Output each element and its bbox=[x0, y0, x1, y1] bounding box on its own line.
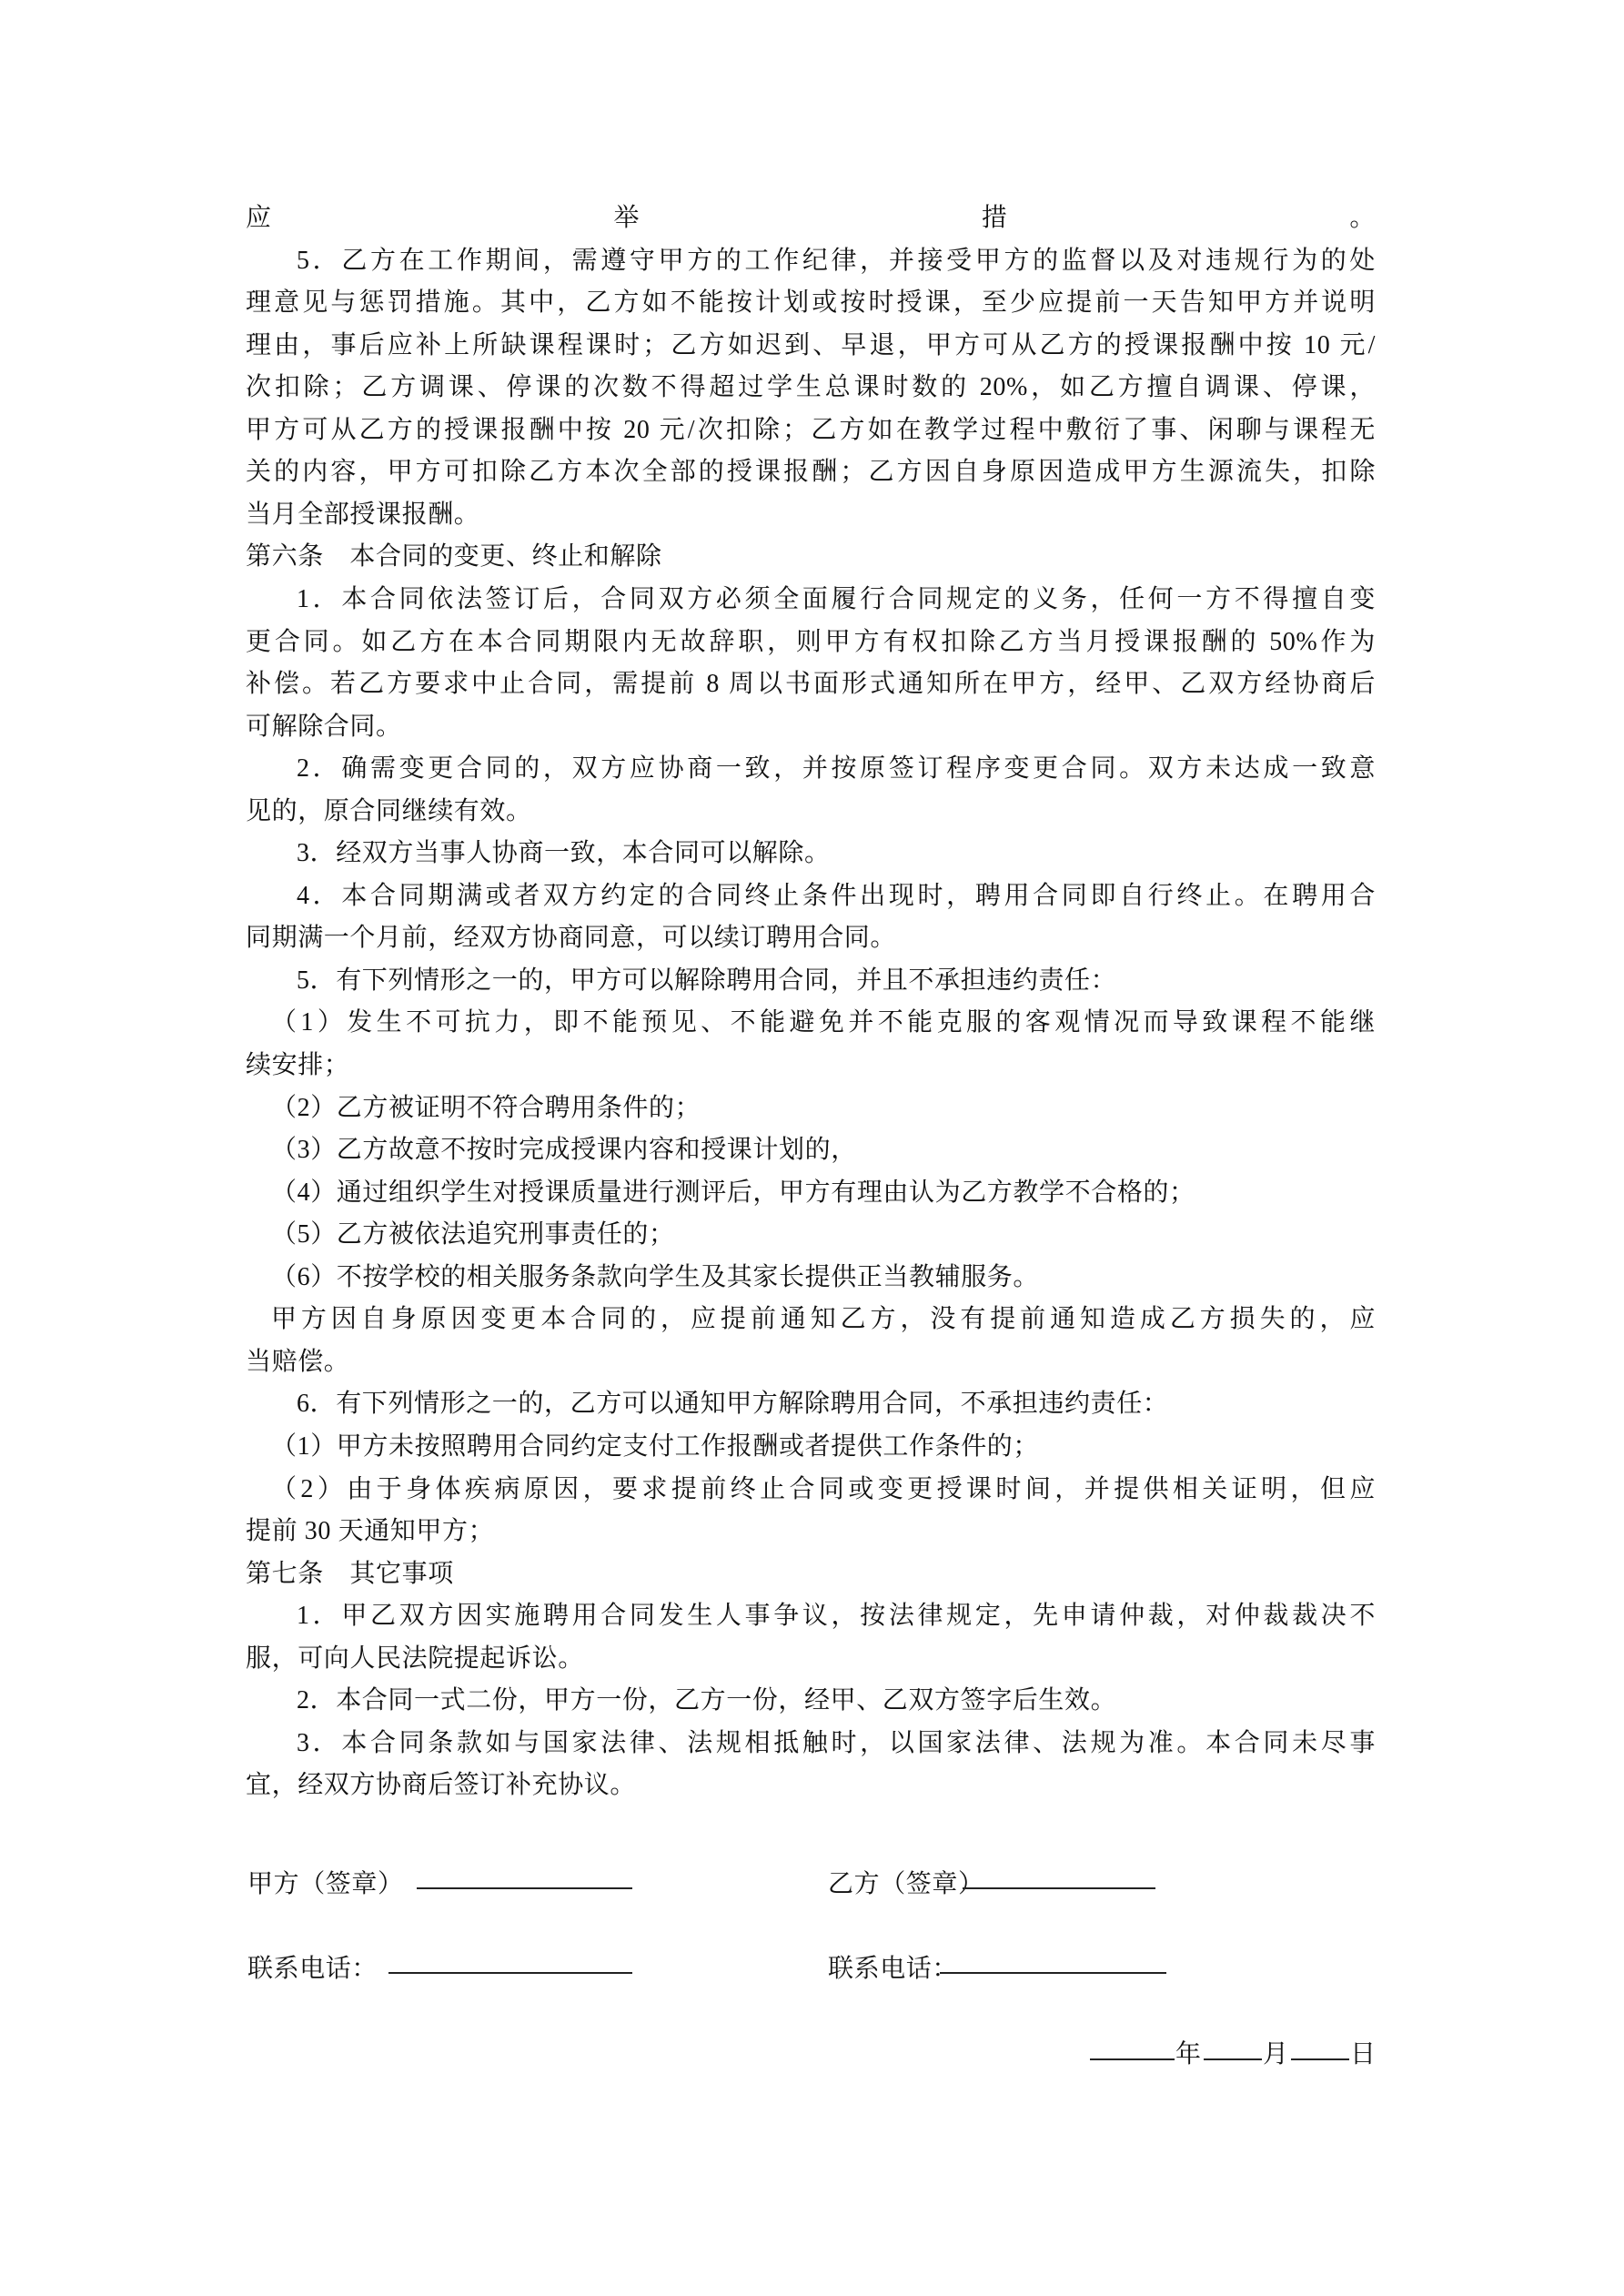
text-line: 同期满一个月前，经双方协商同意，可以续订聘用合同。 bbox=[246, 922, 1376, 955]
text-line: 宜，经双方协商后签订补充协议。 bbox=[246, 1769, 1376, 1802]
text-line: （3）乙方故意不按时完成授课内容和授课计划的， bbox=[246, 1134, 1376, 1167]
text-line: （6）不按学校的相关服务条款向学生及其家长提供正当教辅服务。 bbox=[246, 1261, 1376, 1294]
text-line: 补偿。若乙方要求中止合同，需提前 8 周以书面形式通知所在甲方，经甲、乙双方经协… bbox=[246, 668, 1376, 701]
date-year-label: 年 bbox=[1175, 2038, 1202, 2071]
text-line: 6．有下列情形之一的，乙方可以通知甲方解除聘用合同，不承担违约责任： bbox=[246, 1388, 1376, 1421]
party-b-phone-label: 联系电话： bbox=[828, 1953, 958, 1986]
text-line: （2）乙方被证明不符合聘用条件的； bbox=[246, 1092, 1376, 1125]
party-a-phone-label: 联系电话： bbox=[247, 1953, 378, 1986]
date-year-field[interactable] bbox=[1090, 2058, 1175, 2060]
text-line: 2．本合同一式二份，甲方一份，乙方一份，经甲、乙双方签字后生效。 bbox=[246, 1684, 1376, 1717]
text-line: 5．有下列情形之一的，甲方可以解除聘用合同，并且不承担违约责任： bbox=[246, 965, 1376, 997]
text-line: 5．乙方在工作期间，需遵守甲方的工作纪律，并接受甲方的监督以及对违规行为的处 bbox=[246, 245, 1376, 278]
section-heading: 第七条 其它事项 bbox=[246, 1558, 1376, 1591]
text-line: 4．本合同期满或者双方约定的合同终止条件出现时，聘用合同即自行终止。在聘用合 bbox=[246, 880, 1376, 913]
text-line: 3．本合同条款如与国家法律、法规相抵触时，以国家法律、法规为准。本合同未尽事 bbox=[246, 1727, 1376, 1760]
text-line: 1．本合同依法签订后，合同双方必须全面履行合同规定的义务，任何一方不得擅自变 bbox=[246, 583, 1376, 616]
text-line: 见的，原合同继续有效。 bbox=[246, 795, 1376, 828]
text-line: （5）乙方被依法追究刑事责任的； bbox=[246, 1219, 1376, 1251]
text-line: 2．确需变更合同的，双方应协商一致，并按原签订程序变更合同。双方未达成一致意 bbox=[246, 753, 1376, 785]
party-b-signature-label: 乙方（签章） bbox=[828, 1868, 984, 1901]
date-day-label: 日 bbox=[1350, 2038, 1377, 2071]
text-line: 当赔偿。 bbox=[246, 1346, 1376, 1379]
party-b-phone-field[interactable] bbox=[940, 1972, 1166, 1974]
text-line: （1）发生不可抗力，即不能预见、不能避免并不能克服的客观情况而导致课程不能继 bbox=[246, 1006, 1376, 1039]
text-line: 3．经双方当事人协商一致，本合同可以解除。 bbox=[246, 837, 1376, 870]
text-line: 1．甲乙双方因实施聘用合同发生人事争议，按法律规定，先申请仲裁，对仲裁裁决不 bbox=[246, 1600, 1376, 1633]
section-heading: 第六条 本合同的变更、终止和解除 bbox=[246, 541, 1376, 573]
party-a-signature-label: 甲方（签章） bbox=[247, 1868, 404, 1901]
text-line: 理由，事后应补上所缺课程课时；乙方如迟到、早退，甲方可从乙方的授课报酬中按 10… bbox=[246, 329, 1376, 362]
document-page: 应举措。5．乙方在工作期间，需遵守甲方的工作纪律，并接受甲方的监督以及对违规行为… bbox=[0, 0, 1624, 2296]
text-line: 可解除合同。 bbox=[246, 711, 1376, 743]
party-b-signature-field[interactable] bbox=[963, 1887, 1155, 1889]
party-a-phone-field[interactable] bbox=[388, 1972, 632, 1974]
date-day-field[interactable] bbox=[1291, 2058, 1349, 2060]
text-line: 当月全部授课报酬。 bbox=[246, 499, 1376, 531]
text-line: 甲方因自身原因变更本合同的，应提前通知乙方，没有提前通知造成乙方损失的，应 bbox=[246, 1303, 1376, 1336]
text-line: 应举措。 bbox=[246, 202, 1376, 235]
date-month-field[interactable] bbox=[1204, 2058, 1262, 2060]
text-line: （1）甲方未按照聘用合同约定支付工作报酬或者提供工作条件的； bbox=[246, 1431, 1376, 1463]
text-line: 服，可向人民法院提起诉讼。 bbox=[246, 1643, 1376, 1675]
date-month-label: 月 bbox=[1263, 2038, 1289, 2071]
party-a-signature-field[interactable] bbox=[417, 1887, 632, 1889]
text-line: 甲方可从乙方的授课报酬中按 20 元/次扣除；乙方如在教学过程中敷衍了事、闲聊与… bbox=[246, 414, 1376, 447]
text-line: 更合同。如乙方在本合同期限内无故辞职，则甲方有权扣除乙方当月授课报酬的 50%作… bbox=[246, 626, 1376, 659]
text-line: 续安排； bbox=[246, 1049, 1376, 1082]
text-line: （4）通过组织学生对授课质量进行测评后，甲方有理由认为乙方教学不合格的； bbox=[246, 1177, 1376, 1209]
text-line: 次扣除；乙方调课、停课的次数不得超过学生总课时数的 20%，如乙方擅自调课、停课… bbox=[246, 371, 1376, 404]
text-line: （2）由于身体疾病原因，要求提前终止合同或变更授课时间，并提供相关证明，但应 bbox=[246, 1473, 1376, 1506]
text-line: 关的内容，甲方可扣除乙方本次全部的授课报酬；乙方因自身原因造成甲方生源流失，扣除 bbox=[246, 456, 1376, 489]
text-line: 提前 30 天通知甲方； bbox=[246, 1515, 1376, 1548]
text-line: 理意见与惩罚措施。其中，乙方如不能按计划或按时授课，至少应提前一天告知甲方并说明 bbox=[246, 287, 1376, 319]
